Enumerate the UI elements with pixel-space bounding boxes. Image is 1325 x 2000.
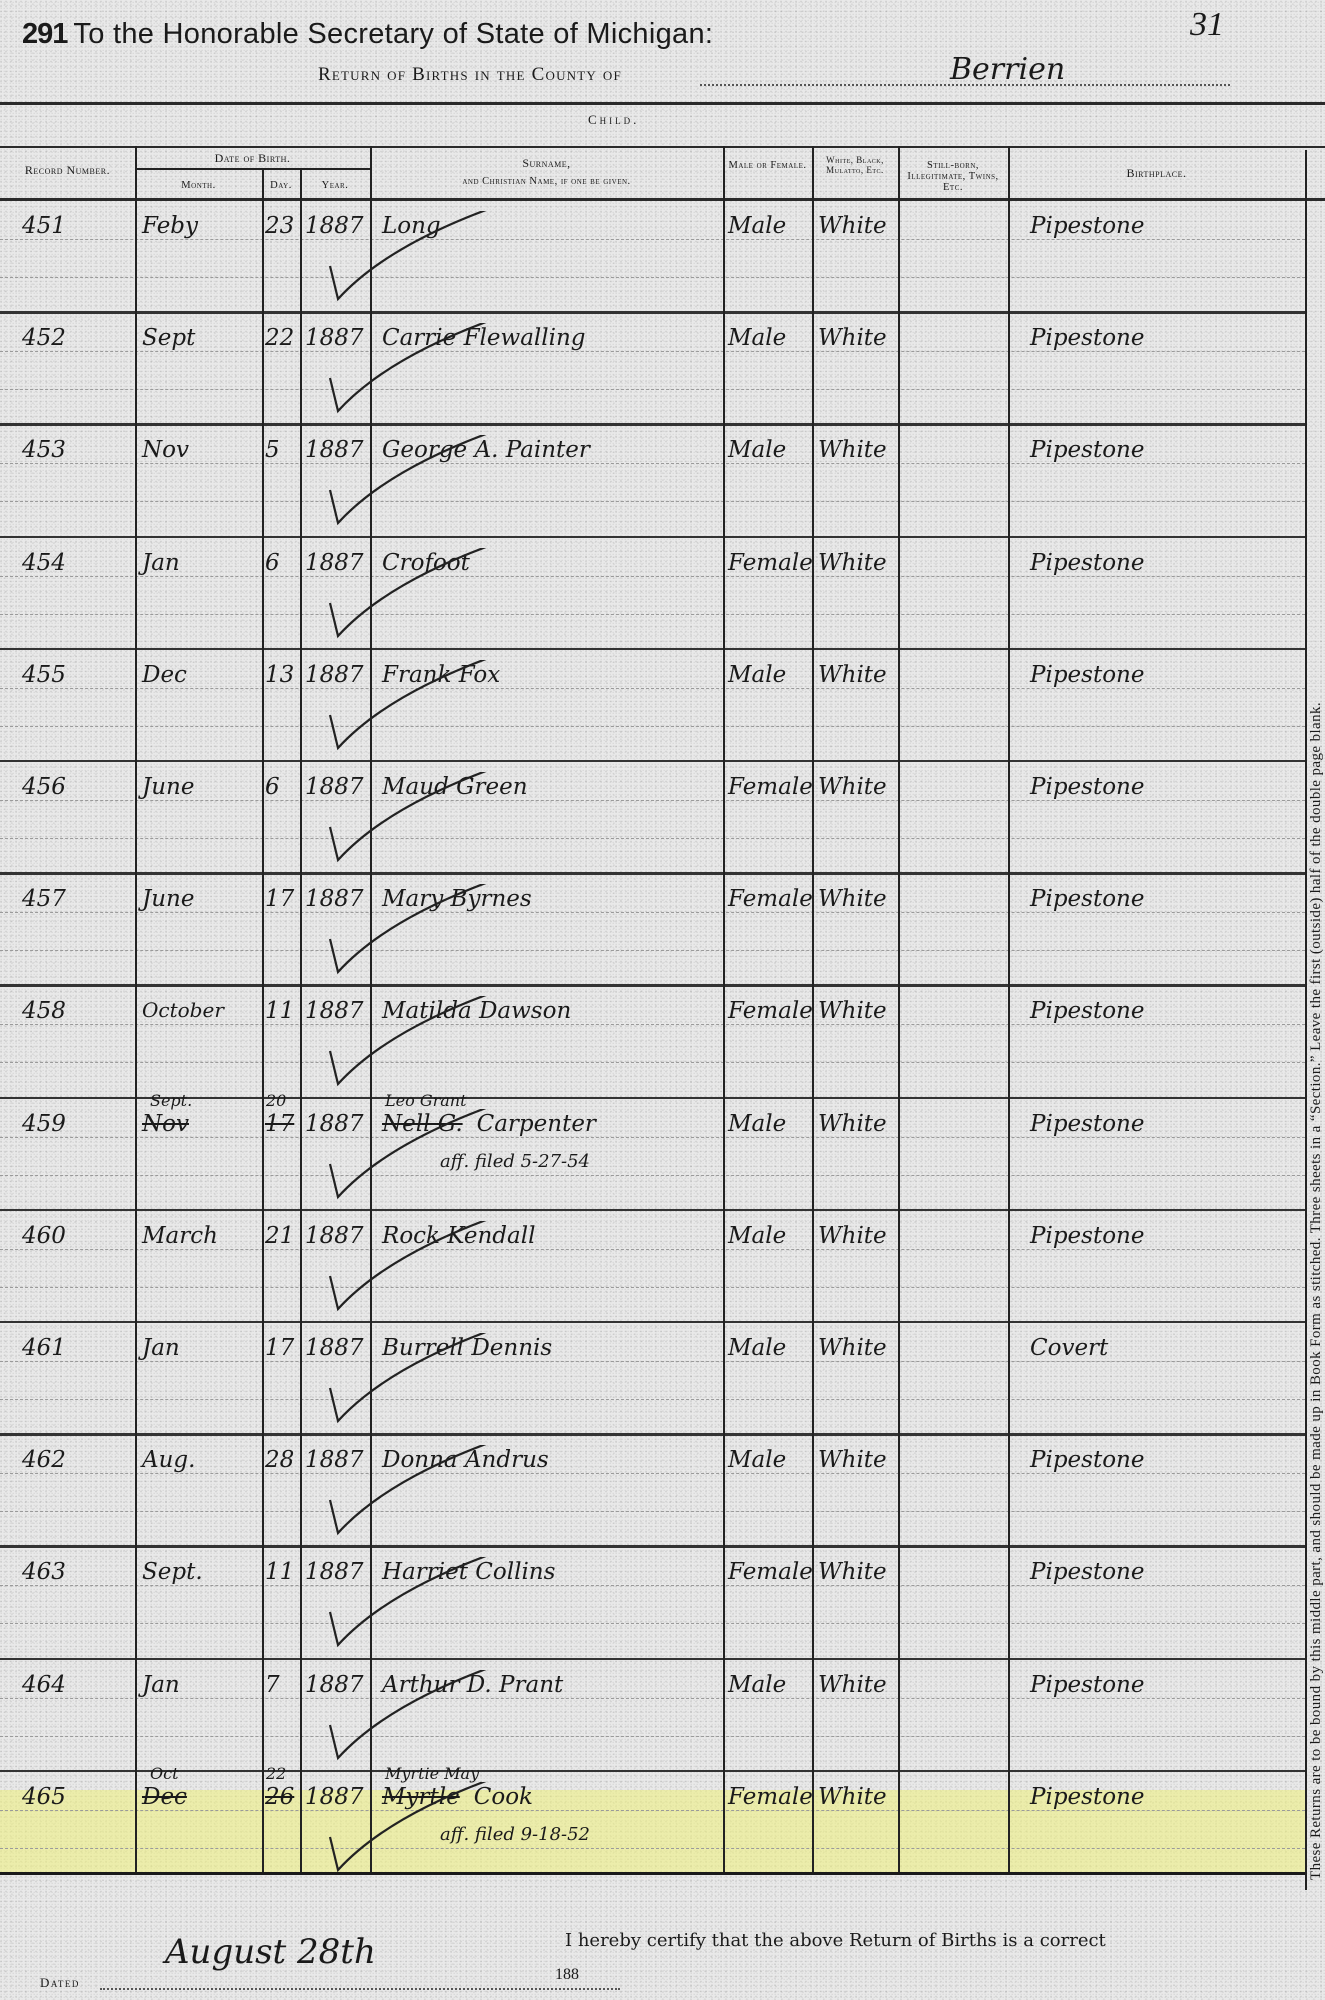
cell-birthplace: Pipestone [1030,662,1144,688]
cell-race: White [818,1335,887,1361]
cell-sex: Female [728,774,813,800]
cell-year: 1887 [305,998,364,1024]
cell-month: Sept. [142,1559,203,1585]
name-rest: Cook [474,1784,533,1810]
cell-year: 1887 [305,774,364,800]
row-ruling [0,463,1305,464]
column-divider [370,146,372,1872]
row-ruling [0,1399,1305,1400]
cell-day: 23 [265,213,294,239]
cell-sex: Male [728,1111,786,1137]
cell-day: 11 [265,998,294,1024]
date-of-birth-rule [135,168,370,170]
row-ruling [0,1698,1305,1699]
table-row: 463Sept.111887Harriet CollinsFemaleWhite… [0,1547,1305,1660]
cell-month: Jan [142,550,180,576]
row-ruling [0,1848,1305,1849]
section-label: Child. [588,112,639,128]
header-year: Year. [300,180,370,191]
cell-sex: Female [728,550,813,576]
cell-year: 1887 [305,662,364,688]
row-ruling [0,688,1305,689]
row-ruling [0,277,1305,278]
cell-race: White [818,1672,887,1698]
cell-name: Maud Green [382,774,528,800]
cell-race: White [818,213,887,239]
row-ruling [0,1249,1305,1250]
column-divider [723,146,725,1872]
table-row: 461Jan171887Burrell DennisMaleWhiteCover… [0,1323,1305,1436]
table-row: 451Feby231887LongMaleWhitePipestone [0,201,1305,314]
row-ruling [0,1062,1305,1063]
header-birthplace: Birthplace. [1008,168,1305,179]
row-ruling [0,726,1305,727]
cell-race: White [818,1447,887,1473]
dated-year-prefix: 188 [555,1966,579,1984]
cell-name: Burrell Dennis [382,1335,552,1361]
header-day: Day. [262,180,300,191]
row-ruling [0,912,1305,913]
header-date-of-birth: Date of Birth. [135,153,370,164]
cell-race: White [818,325,887,351]
cell-number: 453 [22,437,66,463]
header-name: Surname, [370,158,723,169]
cell-birthplace: Pipestone [1030,774,1144,800]
cell-year: 1887 [305,325,364,351]
cell-month: June [142,774,194,800]
cell-day: 11 [265,1559,294,1585]
table-row: 457June171887Mary ByrnesFemaleWhitePipes… [0,874,1305,987]
cell-year: 1887 [305,1784,364,1810]
cell-day: 7 [265,1672,280,1698]
cell-race: White [818,1784,887,1810]
cell-number: 454 [22,550,66,576]
cell-race: White [818,1111,887,1137]
cell-number: 462 [22,1447,66,1473]
cell-month: Jan [142,1672,180,1698]
cell-birthplace: Pipestone [1030,998,1144,1024]
table-row: 455Dec131887Frank FoxMaleWhitePipestone [0,650,1305,763]
cell-sex: Male [728,437,786,463]
cell-race: White [818,886,887,912]
cell-birthplace: Covert [1030,1335,1108,1361]
cell-birthplace: Pipestone [1030,1672,1144,1698]
cell-number: 460 [22,1223,66,1249]
form-title: 291To the Honorable Secretary of State o… [22,18,713,51]
table-row: 454Jan61887CrofootFemaleWhitePipestone [0,538,1305,651]
day-correction: 20 [266,1091,286,1110]
cell-birthplace: Pipestone [1030,886,1144,912]
cell-race: White [818,1559,887,1585]
cell-name: Arthur D. Prant [382,1672,563,1698]
subtitle: Return of Births in the County of [318,64,622,86]
cell-name: Long [382,213,441,239]
cell-year: 1887 [305,886,364,912]
cell-month: Feby [142,213,198,239]
cell-month: Dec [142,1784,187,1810]
cell-year: 1887 [305,1223,364,1249]
cell-race: White [818,1223,887,1249]
cell-sex: Female [728,1559,813,1585]
cell-sex: Male [728,325,786,351]
cell-day: 28 [265,1447,294,1473]
row-ruling [0,1511,1305,1512]
certification-text: I hereby certify that the above Return o… [565,1930,1106,1951]
table-row: 453Nov51887George A. PainterMaleWhitePip… [0,425,1305,538]
cell-name: Donna Andrus [382,1447,549,1473]
column-divider [898,146,900,1872]
cell-year: 1887 [305,1335,364,1361]
header-month: Month. [135,180,262,191]
month-correction: Sept. [150,1091,192,1110]
cell-year: 1887 [305,550,364,576]
cell-month: Nov [142,437,189,463]
column-divider [812,146,814,1872]
dated-label: Dated [40,1975,80,1991]
row-ruling [0,614,1305,615]
row-ruling [0,389,1305,390]
table-row: 460March211887Rock KendallMaleWhitePipes… [0,1211,1305,1324]
cell-birthplace: Pipestone [1030,550,1144,576]
cell-day: 5 [265,437,280,463]
header-race: White, Black, Mulatto, Etc. [812,156,898,175]
header-status: Still-born, Illegitimate, Twins, Etc. [898,160,1008,193]
cell-day: 21 [265,1223,294,1249]
title-text: To the Honorable Secretary of State of M… [73,18,713,50]
cell-day: 13 [265,662,294,688]
row-ruling [0,950,1305,951]
cell-month: Nov [142,1111,189,1137]
cell-day: 17 [265,1335,294,1361]
column-header-top-rule [0,146,1325,148]
cell-name: Frank Fox [382,662,500,688]
cell-name: Carrie Flewalling [382,325,586,351]
struck-name: Myrtle [382,1784,460,1810]
row-ruling [0,1287,1305,1288]
margin-rule [1305,150,1307,1890]
row-ruling [0,1473,1305,1474]
cell-day: 6 [265,550,280,576]
cell-sex: Male [728,1447,786,1473]
cell-month: Sept [142,325,195,351]
header-name-sub: and Christian Name, if one be given. [370,176,723,187]
cell-day: 17 [265,1111,294,1137]
day-correction: 22 [266,1764,286,1783]
cell-race: White [818,662,887,688]
cell-number: 459 [22,1111,66,1137]
cell-name: Nell G.Carpenter [382,1111,596,1137]
cell-month: Dec [142,662,187,688]
cell-day: 22 [265,325,294,351]
table-row: 458October111887Matilda DawsonFemaleWhit… [0,986,1305,1099]
binding-instructions: These Returns are to be bound by this mi… [1308,100,1325,1880]
header-rule [0,102,1325,105]
cell-name: Crofoot [382,550,470,576]
header-record-number: Record Number. [0,165,135,176]
month-correction: Oct [150,1764,179,1783]
cell-race: White [818,774,887,800]
cell-birthplace: Pipestone [1030,1784,1144,1810]
row-ruling [0,1585,1305,1586]
cell-day: 17 [265,886,294,912]
cell-birthplace: Pipestone [1030,325,1144,351]
cell-sex: Female [728,998,813,1024]
cell-name: Matilda Dawson [382,998,571,1024]
cell-number: 458 [22,998,66,1024]
row-ruling [0,1361,1305,1362]
cell-sex: Male [728,213,786,239]
row-ruling [0,1175,1305,1176]
table-row: 462Aug.281887Donna AndrusMaleWhitePipest… [0,1435,1305,1548]
row-ruling [0,1810,1305,1811]
cell-sex: Male [728,1672,786,1698]
cell-number: 465 [22,1784,66,1810]
cell-day: 26 [265,1784,294,1810]
cell-number: 456 [22,774,66,800]
cell-name: George A. Painter [382,437,590,463]
row-ruling [0,838,1305,839]
row-ruling [0,1137,1305,1138]
header-sex: Male or Female. [723,160,812,171]
table-bottom-rule [0,1872,1305,1875]
row-ruling [0,576,1305,577]
table-row: 464Jan71887Arthur D. PrantMaleWhitePipes… [0,1660,1305,1773]
column-divider [300,168,302,1872]
cell-year: 1887 [305,1447,364,1473]
cell-number: 463 [22,1559,66,1585]
cell-race: White [818,998,887,1024]
cell-year: 1887 [305,213,364,239]
cell-sex: Female [728,1784,813,1810]
column-divider [262,168,264,1872]
page-number: 31 [1190,6,1224,44]
dated-dotted-line [100,1988,620,1990]
cell-month: Aug. [142,1447,195,1473]
cell-birthplace: Pipestone [1030,1223,1144,1249]
cell-year: 1887 [305,1672,364,1698]
table-row: 459Nov171887Nell G.CarpenterMaleWhitePip… [0,1099,1305,1212]
cell-race: White [818,550,887,576]
cell-birthplace: Pipestone [1030,1111,1144,1137]
cell-sex: Female [728,886,813,912]
struck-name: Nell G. [382,1111,463,1137]
cell-number: 452 [22,325,66,351]
cell-birthplace: Pipestone [1030,213,1144,239]
cell-name: Rock Kendall [382,1223,535,1249]
cell-month: October [142,998,224,1022]
cell-sex: Male [728,1335,786,1361]
column-divider [135,146,137,1872]
cell-day: 6 [265,774,280,800]
cell-year: 1887 [305,437,364,463]
cell-month: March [142,1223,218,1249]
affidavit-note: aff. filed 5-27-54 [440,1151,590,1172]
name-correction: Leo Grant [385,1091,467,1110]
cell-name: Mary Byrnes [382,886,532,912]
cell-month: June [142,886,194,912]
row-ruling [0,501,1305,502]
row-ruling [0,1623,1305,1624]
row-ruling [0,1024,1305,1025]
cell-month: Jan [142,1335,180,1361]
cell-number: 461 [22,1335,66,1361]
cell-name: Harriet Collins [382,1559,555,1585]
cell-birthplace: Pipestone [1030,437,1144,463]
cell-number: 464 [22,1672,66,1698]
cell-birthplace: Pipestone [1030,1559,1144,1585]
county-value: Berrien [950,52,1065,87]
cell-sex: Male [728,1223,786,1249]
row-ruling [0,1736,1305,1737]
cell-year: 1887 [305,1111,364,1137]
column-divider [1008,146,1010,1872]
row-ruling [0,239,1305,240]
row-ruling [0,800,1305,801]
dated-value: August 28th [165,1932,376,1972]
table-row: 452Sept221887Carrie FlewallingMaleWhiteP… [0,313,1305,426]
table-row: 456June61887Maud GreenFemaleWhitePipesto… [0,762,1305,875]
cell-race: White [818,437,887,463]
cell-number: 451 [22,213,66,239]
cell-birthplace: Pipestone [1030,1447,1144,1473]
row-ruling [0,351,1305,352]
cell-number: 457 [22,886,66,912]
cell-year: 1887 [305,1559,364,1585]
cell-sex: Male [728,662,786,688]
name-correction: Myrtie May [385,1764,479,1783]
form-number: 291 [22,18,67,50]
cell-name: MyrtleCook [382,1784,533,1810]
table-row: 465Dec261887MyrtleCookFemaleWhitePipesto… [0,1772,1305,1885]
affidavit-note: aff. filed 9-18-52 [440,1824,590,1845]
name-rest: Carpenter [477,1111,596,1137]
cell-number: 455 [22,662,66,688]
